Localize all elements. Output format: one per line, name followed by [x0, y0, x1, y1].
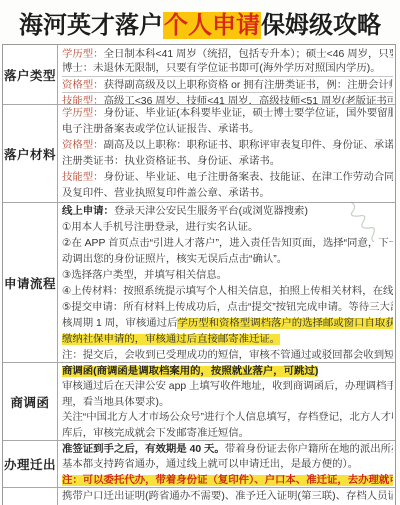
row-content-settle-materials: 学历型：身份证、毕业证(本科要毕业证，硕士博士要学位证，国外要留服认证报告)电子… — [58, 105, 395, 202]
text-segment: 资格型： — [62, 140, 104, 151]
row-label-settle-materials: 落户材料 — [3, 105, 58, 202]
text-line: 库后，审核完成就会下发邮寄准迁短信。 — [62, 426, 393, 440]
text-segment: ③选择落户类型，并填写相关信息。 — [62, 270, 227, 281]
document-photo: 海河英才落户个人申请保姆级攻略 落户类型 学历型：全日制本科<41 周岁（统招，… — [0, 0, 400, 505]
title-text-right: 保姆级攻略 — [261, 12, 381, 39]
text-line: ⑤提交申请：所有材料上传成功后，点击“提交”按钮完成申请。等待三大部门联合审核，… — [62, 300, 393, 316]
text-line: 资格型：副高及以上职称：职称证书、职称评审表复印件、身份证、承诺书； — [62, 138, 393, 154]
text-line: ②在 APP 首页点击“引进人才落户”，进入责任告知页面，选择“同意，下一步”。… — [62, 236, 393, 252]
text-segment: 全日制本科<41 周岁（统招，包括专升本）；硕士<46 周岁，只要有学位证书即可… — [104, 49, 393, 60]
text-segment: 基本都支持跨省通办，通过线上就可以申请迁出，是最方便的）。 — [62, 459, 358, 470]
text-line: 关注“中国北方人才市场公众号”进行个人信息填写，存档登记，北方人才收到档案，档案… — [62, 410, 393, 425]
text-segment: 副高及以上职称：职称证书、职称评审表复印件、身份证、承诺书； — [104, 140, 393, 151]
text-line: 携带户口迁出证明(跨省通办不需要)、准予迁入证明(第三联)、存档人员证明信(就业… — [62, 489, 393, 505]
text-segment: ①用本人手机号注册登录，进行实名认证。 — [62, 222, 258, 233]
text-line: 及复印件、营业执照复印件盖公章、承诺书。 — [62, 186, 393, 202]
title-text-left: 海河英才落户 — [19, 12, 163, 39]
guide-table: 落户类型 学历型：全日制本科<41 周岁（统招，包括专升本）；硕士<46 周岁，… — [2, 44, 396, 505]
page-title: 海河英才落户个人申请保姆级攻略 — [0, 5, 400, 40]
text-line: 注：提交后，会收到已受理成功的短信，审核不管通过或驳回都会收到短信通知。 — [62, 348, 393, 362]
text-segment: 及复印件、营业执照复印件盖公章、承诺书。 — [62, 188, 270, 199]
text-segment: 技能型： — [62, 172, 104, 183]
text-line: 准签证到手之后，有效期是 40 天。带着身份证去你户籍所在地的派出所办理户口迁出… — [62, 442, 393, 457]
text-line: 商调函(商调函是调取档案用的，按照就业落户，可跳过) — [62, 364, 393, 379]
text-line: 线上申请：登录天津公安民生服务平台(或浏览器搜索) — [62, 204, 393, 220]
text-line: ③选择落户类型，并填写相关信息。 — [62, 268, 393, 284]
text-segment: 库后，审核完成就会下发邮寄准迁短信。 — [62, 428, 249, 439]
row-move-out: 办理迁出 准签证到手之后，有效期是 40 天。带着身份证去你户籍所在地的派出所办… — [3, 441, 395, 488]
text-segment: 资格型： — [62, 80, 104, 91]
text-segment: 技能型： — [62, 96, 104, 104]
text-line: 注册类证书：执业资格证书、身份证、承诺书。 — [62, 154, 393, 170]
text-segment: 博士：未退休无限制，只要有学位证书即可(海外学历对照国内学历)。 — [62, 63, 381, 74]
row-application-process: 申请流程 线上申请：登录天津公安民生服务平台(或浏览器搜索)①用本人手机号注册登… — [3, 203, 395, 363]
text-line: 电子注册备案表或学位认证报告、承诺书。 — [62, 122, 393, 138]
row-label-application-process: 申请流程 — [3, 203, 58, 362]
row-content-settle-types: 学历型：全日制本科<41 周岁（统招，包括专升本）；硕士<46 周岁，只要有学位… — [58, 45, 395, 104]
text-line: 学历型：全日制本科<41 周岁（统招，包括专升本）；硕士<46 周岁，只要有学位… — [62, 48, 393, 62]
text-line: 技能型：身份证、毕业证、电子注册备案表、技能证、在津工作劳动合同或社保缴费凭证原… — [62, 170, 393, 186]
text-segment: 理，看当地具体要求)。 — [62, 397, 169, 408]
text-line: 注：可以委托代办，带着身份证（复印件）、户口本、准迁证，去办理就可以。 — [62, 473, 393, 487]
text-line: 学历型：身份证、毕业证(本科要毕业证，硕士博士要学位证，国外要留服认证报告) — [62, 106, 393, 122]
text-line: 审核通过后在天津公安 app 上填写收件地址，收到商调函后，办理调档手续(线上办… — [62, 379, 393, 394]
text-segment: 关注“中国北方人才市场公众号”进行个人信息填写，存档登记，北方人才收到档案，档案… — [62, 412, 393, 423]
text-segment: 带着身份证去你户籍所在地的派出所办理户口迁出。（目前 — [225, 444, 393, 455]
text-segment: 携带户口迁出证明(跨省通办不需要)、准予迁入证明(第三联)、存档人员证明信(就业… — [62, 491, 393, 502]
text-segment: 线上申请： — [62, 206, 114, 217]
text-segment: 缴纳社保申请的，审核通过后直接邮寄准迁证。 — [62, 334, 280, 345]
text-line: ①用本人手机号注册登录，进行实名认证。 — [62, 220, 393, 236]
text-line: 资格型：获得副高级及以上职称资格 or 拥有注册类证书，例：注册会计师、律师等。 — [62, 76, 393, 93]
text-segment: 注：可以委托代办，带着身份证（复印件）、户口本、准迁证，去办理就可以。 — [62, 475, 393, 486]
row-final-materials: 携带户口迁出证明(跨省通办不需要)、准予迁入证明(第三联)、存档人员证明信(就业… — [3, 488, 395, 505]
row-transfer-letter: 商调函 商调函(商调函是调取档案用的，按照就业落户，可跳过)审核通过后在天津公安… — [3, 363, 395, 441]
row-label-settle-types: 落户类型 — [3, 45, 58, 104]
text-segment: ②在 APP 首页点击“引进人才落户”，进入责任告知页面，选择“同意，下一步”。… — [62, 238, 393, 249]
text-line: 博士：未退休无限制，只要有学位证书即可(海外学历对照国内学历)。 — [62, 62, 393, 76]
text-segment: 审核通过后在天津公安 app 上填写收件地址，收到商调函后，办理调档手续(线上办… — [62, 381, 393, 392]
text-segment: 商调函(商调函是调取档案用的，按照就业落户，可跳过) — [62, 366, 318, 377]
row-label-final-materials — [3, 488, 58, 505]
row-content-transfer-letter: 商调函(商调函是调取档案用的，按照就业落户，可跳过)审核通过后在天津公安 app… — [58, 363, 395, 440]
title-highlight: 个人申请 — [163, 12, 261, 39]
row-content-final-materials: 携带户口迁出证明(跨省通办不需要)、准予迁入证明(第三联)、存档人员证明信(就业… — [58, 488, 395, 505]
text-segment: 学历型： — [62, 108, 104, 119]
text-segment: 电子注册备案表或学位认证报告、承诺书。 — [62, 124, 259, 135]
row-label-move-out: 办理迁出 — [3, 441, 58, 487]
text-segment: ④上传材料：按照系统提示填写个人相关信息，拍照上传相关材料，在线提出落户申请！！… — [62, 286, 393, 297]
text-segment: 高级工<36 周岁、技师<41 周岁，高级技师<51 周岁(老版证书可以，新版证… — [104, 96, 393, 104]
text-segment: 身份证、毕业证、电子注册备案表、技能证、在津工作劳动合同或社保缴费凭证原件 — [104, 172, 393, 183]
row-settle-materials: 落户材料 学历型：身份证、毕业证(本科要毕业证，硕士博士要学位证，国外要留服认证… — [3, 105, 395, 203]
text-line: 动调出您的身份证照片，核实无误后点击“确认”。 — [62, 252, 393, 268]
text-segment: 注：提交后，会收到已受理成功的短信，审核不管通过或驳回都会收到短信通知。 — [62, 350, 393, 361]
text-line: 缴纳社保申请的，审核通过后直接邮寄准迁证。 — [62, 332, 393, 348]
text-line: ④上传材料：按照系统提示填写个人相关信息，拍照上传相关材料，在线提出落户申请！！… — [62, 284, 393, 300]
text-segment: 获得副高级及以上职称资格 or 拥有注册类证书，例：注册会计师、律师等。 — [104, 80, 393, 91]
text-line: 技能型：高级工<36 周岁、技师<41 周岁，高级技师<51 周岁(老版证书可以… — [62, 92, 393, 104]
text-segment: 登录天津公安民生服务平台(或浏览器搜索) — [114, 206, 308, 217]
text-segment: 准签证到手之后，有效期是 40 天。 — [62, 444, 225, 455]
text-segment: ⑤提交申请：所有材料上传成功后，点击“提交”按钮完成申请。等待三大部门联合审核，… — [62, 302, 393, 313]
text-segment: 动调出您的身份证照片，核实无误后点击“确认”。 — [62, 254, 287, 265]
text-segment: 身份证、毕业证(本科要毕业证，硕士博士要学位证，国外要留服认证报告) — [104, 108, 393, 119]
text-segment: 核周期 1 周，审核通过后 — [62, 318, 177, 329]
text-line: 基本都支持跨省通办，通过线上就可以申请迁出，是最方便的）。 — [62, 457, 393, 472]
handwritten-scribble — [345, 198, 381, 242]
row-label-transfer-letter: 商调函 — [3, 363, 58, 440]
row-settle-types: 落户类型 学历型：全日制本科<41 周岁（统招，包括专升本）；硕士<46 周岁，… — [3, 45, 395, 105]
text-line: 理，看当地具体要求)。 — [62, 395, 393, 410]
text-line: 核周期 1 周，审核通过后学历型和资格型调档落户的选择邮或窗口自取获得调档函；通… — [62, 316, 393, 332]
text-segment: 注册类证书：执业资格证书、身份证、承诺书。 — [62, 156, 280, 167]
text-segment: 学历型和资格型调档落户的选择邮或窗口自取获得调档函；通过就业 — [177, 318, 393, 329]
text-segment: 学历型： — [62, 49, 104, 60]
row-content-move-out: 准签证到手之后，有效期是 40 天。带着身份证去你户籍所在地的派出所办理户口迁出… — [58, 441, 395, 487]
